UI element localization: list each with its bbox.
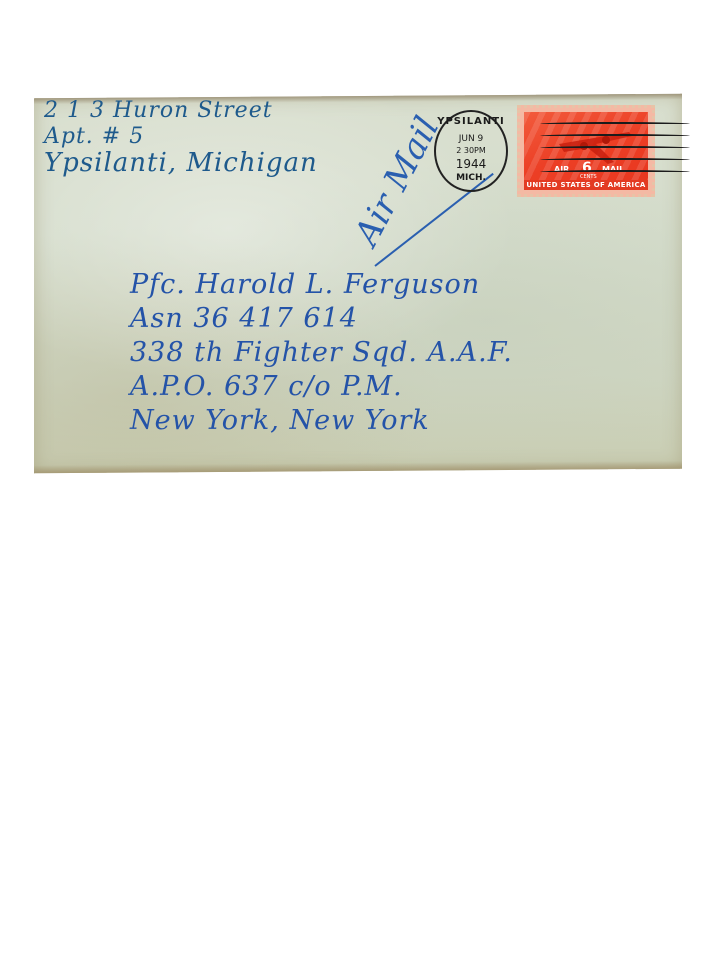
postmark-time: 2 30PM <box>436 146 506 155</box>
postmark-state: MICH. <box>436 173 506 183</box>
postmark: YPSILANTI JUN 9 2 30PM 1944 MICH. <box>434 110 508 192</box>
recipient-serial: Asn 36 417 614 <box>130 302 513 336</box>
return-address-line: Apt. # 5 <box>44 124 318 150</box>
postmark-date: JUN 9 <box>436 134 506 144</box>
recipient-name: Pfc. Harold L. Ferguson <box>130 268 513 302</box>
return-address: 2 1 3 Huron Street Apt. # 5 Ypsilanti, M… <box>44 98 318 176</box>
return-address-line: 2 1 3 Huron Street <box>44 98 318 124</box>
recipient-address: Pfc. Harold L. Ferguson Asn 36 417 614 3… <box>130 268 513 438</box>
stamp-country: UNITED STATES OF AMERICA <box>524 180 648 190</box>
airmail-stamp: AIR 6 MAIL CENTS UNITED STATES OF AMERIC… <box>517 105 655 197</box>
cancel-line <box>540 134 690 138</box>
recipient-apo: A.P.O. 637 c/o P.M. <box>130 370 513 404</box>
postmark-year: 1944 <box>436 157 506 171</box>
recipient-unit: 338 th Fighter Sqd. A.A.F. <box>130 336 513 370</box>
cancel-line <box>540 146 690 150</box>
cancel-line <box>540 122 690 126</box>
recipient-city: New York, New York <box>130 404 513 438</box>
cancel-line <box>540 170 690 174</box>
postmark-city: YPSILANTI <box>436 116 506 127</box>
return-address-line: Ypsilanti, Michigan <box>44 150 318 176</box>
cancel-line <box>540 158 690 162</box>
